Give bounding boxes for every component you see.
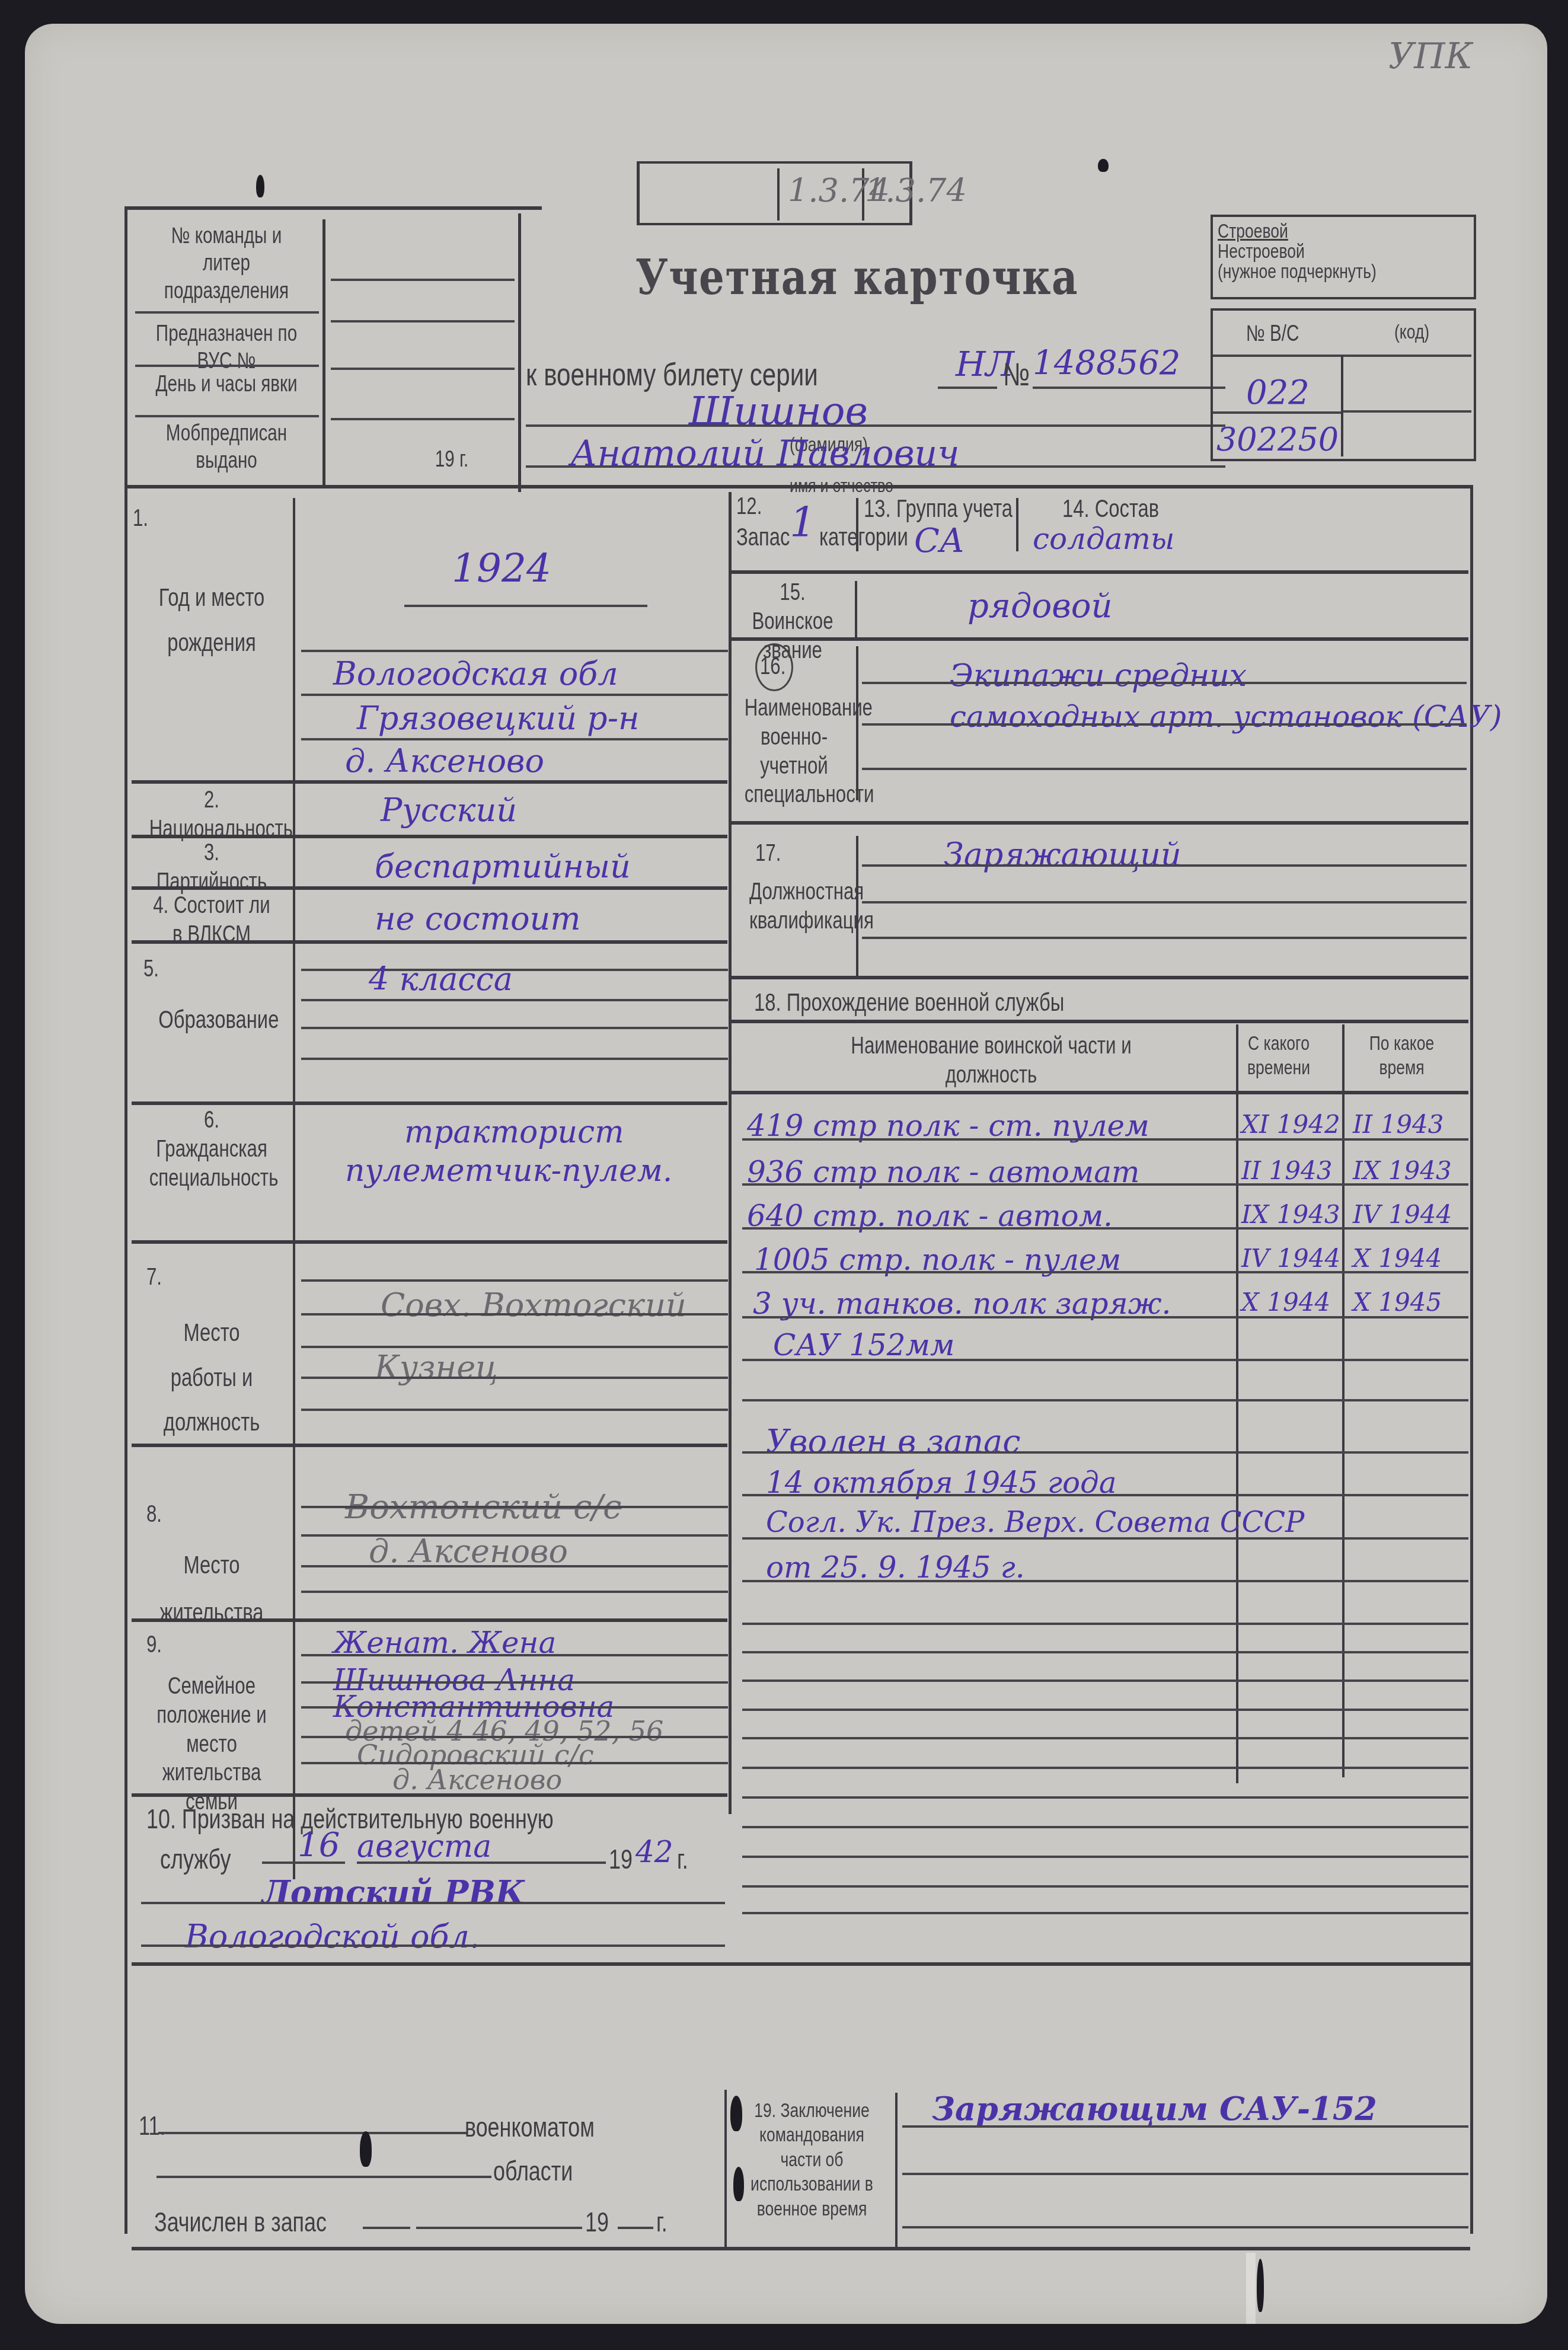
voenkomat-label: военкоматом (465, 2110, 595, 2144)
ticket-number: 1488562 (1033, 344, 1180, 382)
vus-value-1: 022 (1246, 373, 1310, 412)
composition: солдаты (1033, 522, 1175, 556)
punch-hole (1257, 2259, 1264, 2312)
field-12-label-a: Запас (736, 522, 790, 552)
field-5-label: Образование (158, 996, 264, 1043)
vus-code-label: (код) (1394, 320, 1429, 344)
reserve-year-prefix: 19 (585, 2205, 609, 2239)
field-5-num: 5. (143, 954, 159, 984)
team-number-label: № команды и литер подразделения (155, 222, 298, 305)
reserve-label: Зачислен в запас (154, 2205, 327, 2239)
field-9-num: 9. (146, 1630, 162, 1659)
service-row-5-from: X 1944 (1241, 1288, 1330, 1317)
report-time-label: День и часы явки (155, 371, 298, 398)
birth-place-line-3: д. Аксеново (345, 742, 544, 780)
field-7-label: Место работы и должность (154, 1310, 270, 1445)
field-12-num: 12. (736, 492, 762, 521)
col-unit-header: Наименование воинской части и должность (811, 1032, 1171, 1090)
field-11-num: 11. (139, 2110, 165, 2143)
service-row-5-to: X 1945 (1353, 1288, 1442, 1317)
registration-group: СА (914, 522, 965, 560)
field-18-title: 18. Прохождение военной службы (754, 987, 1064, 1017)
service-row-1-to: II 1943 (1353, 1110, 1444, 1139)
workplace-line-1: Совх. Вохтогский (381, 1286, 686, 1324)
workplace-line-2: Кузнец (375, 1349, 498, 1386)
civil-specialty-line-1: тракторист (404, 1115, 624, 1150)
draft-office-line-1: Лотский РВК (262, 1873, 525, 1911)
vus-label: № В/С (1246, 320, 1299, 347)
military-rank: рядовой (967, 587, 1113, 625)
reserve-year-suffix: г. (656, 2205, 668, 2239)
service-row-1-from: XI 1942 (1241, 1110, 1340, 1139)
stamp-box: 1.3.74 1.3.74 (637, 161, 912, 225)
punch-hole (256, 175, 264, 197)
reserve-category: 1 (790, 498, 816, 547)
mob-order-label: Мобпредписан выдано (155, 420, 298, 475)
registration-card: УПК 1.3.74 1.3.74 Учетная карточка № ком… (25, 24, 1547, 2324)
number-sign: № (1003, 356, 1030, 395)
draft-year-prefix: 19 (609, 1843, 633, 1876)
field-10-label: 10. Призван на действительную военную (146, 1802, 554, 1835)
field-17-label: Должностная квалификация (749, 877, 842, 935)
job-qualification: Заряжающий (944, 836, 1181, 873)
civil-specialty-line-2: пулеметчик-пулем. (345, 1153, 672, 1189)
field-8-num: 8. (146, 1500, 162, 1529)
field-16-label: Наименование военно-учетной специальност… (745, 694, 844, 809)
field-10-label-service: службу (160, 1843, 231, 1876)
field-19-label: 19. Заключение командования части об исп… (748, 2099, 876, 2221)
residence-line-2: д. Аксеново (369, 1532, 568, 1570)
service-row-4-to: X 1944 (1353, 1244, 1442, 1273)
oblast-label: области (493, 2154, 573, 2188)
service-row-8-unit: Уволен в запас (766, 1423, 1021, 1460)
birth-place-line-2: Грязовецкий р-н (357, 700, 639, 737)
punch-hole (1098, 159, 1109, 172)
page-title: Учетная карточка (635, 249, 1078, 306)
stamp-date-2: 1.3.74 (865, 172, 967, 209)
paper-fold (1246, 2253, 1256, 2324)
komsomol-membership: не состоит (375, 900, 580, 937)
wartime-conclusion: Заряжающим САУ-152 (932, 2090, 1377, 2128)
family-line-6: д. Аксеново (392, 1764, 562, 1796)
surname: Шишнов (689, 388, 868, 434)
vus-value-2: 302250 (1216, 421, 1339, 458)
field-12-label-b: категории (819, 522, 908, 552)
vus-specialty-line-2: самоходных арт. установок (САУ) (950, 700, 1502, 734)
name-patronymic: Анатолий Павлович (570, 433, 960, 474)
punch-hole (733, 2167, 744, 2201)
draft-month: августа (357, 1829, 491, 1864)
service-row-10-unit: Согл. Ук. През. Верх. Совета СССР (766, 1506, 1304, 1539)
mob-order-year: 19 г. (405, 446, 498, 473)
service-row-4-from: IV 1944 (1241, 1244, 1340, 1273)
field-14-label: 14. Состав (1062, 493, 1159, 523)
birth-year: 1924 (452, 545, 551, 591)
draft-year-suffix: г. (677, 1843, 688, 1876)
field-1-num: 1. (133, 504, 148, 533)
punch-hole (730, 2096, 742, 2131)
nationality: Русский (381, 791, 517, 829)
corner-note: УПК (1388, 36, 1473, 77)
field-6-label: 6. Гражданская специальность (149, 1106, 274, 1192)
field-17-num: 17. (755, 839, 781, 868)
field-15-label: 15. Воинское звание (744, 578, 841, 665)
vus-specialty-line-1: Экипажи средних (950, 658, 1247, 694)
field-16-num: 16. (760, 652, 785, 681)
field-1-label: Год и место рождения (149, 575, 274, 665)
draft-year: 42 (635, 1835, 673, 1869)
col-to-header: По какое время (1350, 1032, 1454, 1081)
service-row-3-from: IX 1943 (1241, 1200, 1340, 1229)
punch-hole (360, 2131, 372, 2167)
field-7-num: 7. (146, 1263, 162, 1292)
field-13-label: 13. Группа учета (864, 493, 1013, 523)
service-type-note: (нужное подчеркнуть) (1218, 260, 1377, 284)
draft-office-line-2: Вологодской обл. (185, 1918, 480, 1955)
service-row-3-to: IV 1944 (1353, 1200, 1452, 1229)
service-row-6-unit: САУ 152мм (773, 1328, 955, 1362)
col-from-header: С какого времени (1235, 1032, 1323, 1081)
service-row-2-from: II 1943 (1241, 1156, 1332, 1185)
service-row-2-to: IX 1943 (1353, 1156, 1452, 1185)
draft-day: 16 (298, 1826, 340, 1864)
education: 4 класса (369, 960, 513, 998)
party-membership: беспартийный (375, 848, 631, 885)
birth-place-line-1: Вологодская обл (333, 655, 618, 692)
